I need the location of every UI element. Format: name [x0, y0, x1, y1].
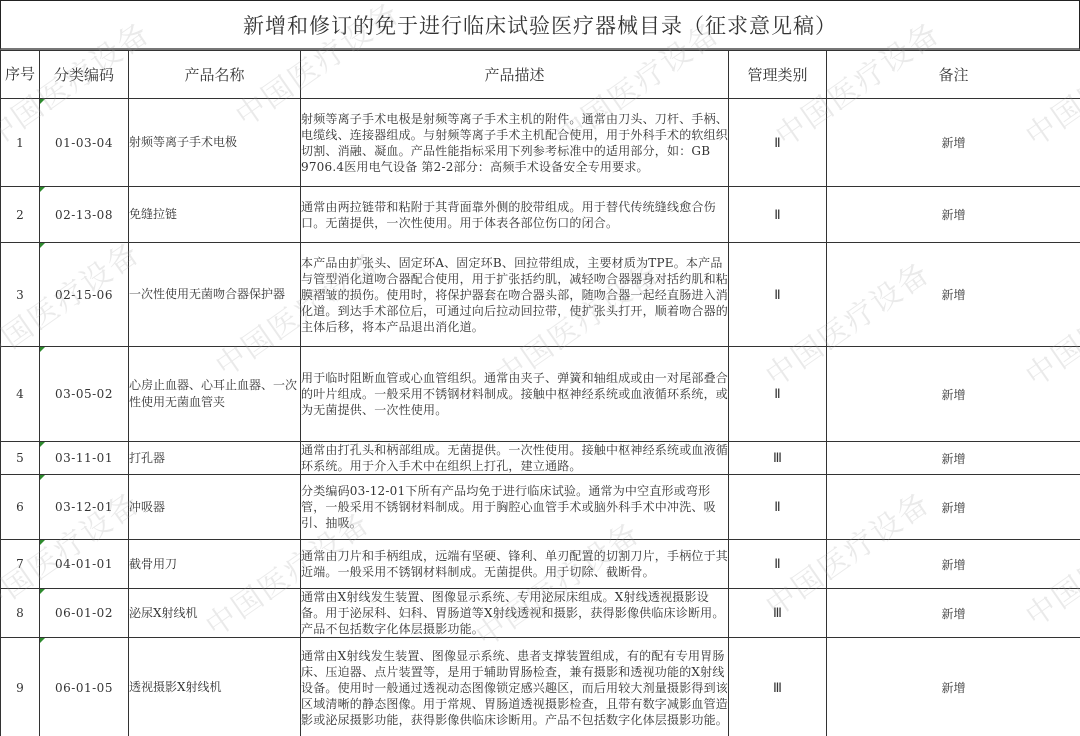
cell-index[interactable]: 1	[1, 99, 40, 187]
cell-index[interactable]: 9	[1, 638, 40, 736]
cell-description[interactable]: 本产品由扩张头、固定环A、固定环B、回拉带组成，主要材质为TPE。本产品与管型消…	[301, 243, 729, 347]
cell-description[interactable]: 射频等离子手术电极是射频等离子手术主机的附件。通常由刀头、刀杆、手柄、电缆线、连…	[301, 99, 729, 187]
column-header-code[interactable]: 分类编码	[40, 51, 129, 99]
cell-remark[interactable]: 新增	[827, 475, 1080, 540]
cell-class[interactable]: Ⅱ	[729, 99, 827, 187]
table-row: 8 06-01-02 泌尿X射线机 通常由X射线发生装置、图像显示系统、专用泌尿…	[1, 589, 1080, 638]
cell-description[interactable]: 通常由打孔头和柄部组成。无菌提供。一次性使用。接触中枢神经系统或血液循环系统。用…	[301, 442, 729, 475]
cell-description[interactable]: 分类编码03-12-01下所有产品均免于进行临床试验。通常为中空直形或弯形管，一…	[301, 475, 729, 540]
cell-class[interactable]: Ⅲ	[729, 442, 827, 475]
cell-code[interactable]: 02-13-08	[40, 187, 129, 243]
column-header-name[interactable]: 产品名称	[129, 51, 301, 99]
table-row: 3 02-15-06 一次性使用无菌吻合器保护器 本产品由扩张头、固定环A、固定…	[1, 243, 1080, 347]
cell-index[interactable]: 5	[1, 442, 40, 475]
cell-code[interactable]: 04-01-01	[40, 540, 129, 589]
cell-code[interactable]: 03-11-01	[40, 442, 129, 475]
catalog-table: 序号 分类编码 产品名称 产品描述 管理类别 备注 1 01-03-04 射频等…	[0, 50, 1080, 736]
cell-code[interactable]: 06-01-05	[40, 638, 129, 736]
cell-description[interactable]: 通常由刀片和手柄组成，远端有坚硬、锋利、单刃配置的切割刀片，手柄位于其近端。一般…	[301, 540, 729, 589]
table-row: 4 03-05-02 心房止血器、心耳止血器、一次性使用无菌血管夹 用于临时阻断…	[1, 347, 1080, 442]
cell-index[interactable]: 4	[1, 347, 40, 442]
cell-name[interactable]: 射频等离子手术电极	[129, 99, 301, 187]
cell-code[interactable]: 02-15-06	[40, 243, 129, 347]
cell-class[interactable]: Ⅲ	[729, 589, 827, 638]
cell-code[interactable]: 03-12-01	[40, 475, 129, 540]
cell-class[interactable]: Ⅱ	[729, 187, 827, 243]
column-header-index[interactable]: 序号	[1, 51, 40, 99]
table-row: 6 03-12-01 冲吸器 分类编码03-12-01下所有产品均免于进行临床试…	[1, 475, 1080, 540]
table-row: 5 03-11-01 打孔器 通常由打孔头和柄部组成。无菌提供。一次性使用。接触…	[1, 442, 1080, 475]
header-row: 序号 分类编码 产品名称 产品描述 管理类别 备注	[1, 51, 1080, 99]
cell-description[interactable]: 通常由X射线发生装置、图像显示系统、患者支撑装置组成，有的配有专用胃肠床、压迫器…	[301, 638, 729, 736]
cell-remark[interactable]: 新增	[827, 187, 1080, 243]
cell-index[interactable]: 2	[1, 187, 40, 243]
cell-name[interactable]: 心房止血器、心耳止血器、一次性使用无菌血管夹	[129, 347, 301, 442]
cell-remark[interactable]: 新增	[827, 347, 1080, 442]
cell-remark[interactable]: 新增	[827, 442, 1080, 475]
cell-remark[interactable]: 新增	[827, 589, 1080, 638]
cell-description[interactable]: 通常由X射线发生装置、图像显示系统、专用泌尿床组成。X射线透视摄影设备。用于泌尿…	[301, 589, 729, 638]
table-row: 2 02-13-08 免缝拉链 通常由两拉链带和粘附于其背面靠外侧的胶带组成。用…	[1, 187, 1080, 243]
cell-description[interactable]: 通常由两拉链带和粘附于其背面靠外侧的胶带组成。用于替代传统缝线愈合伤口。无菌提供…	[301, 187, 729, 243]
cell-index[interactable]: 3	[1, 243, 40, 347]
cell-name[interactable]: 泌尿X射线机	[129, 589, 301, 638]
spreadsheet: 新增和修订的免于进行临床试验医疗器械目录（征求意见稿） 序号 分类编码 产品名称…	[0, 0, 1080, 736]
column-header-class[interactable]: 管理类别	[729, 51, 827, 99]
table-row: 9 06-01-05 透视摄影X射线机 通常由X射线发生装置、图像显示系统、患者…	[1, 638, 1080, 736]
column-header-remark[interactable]: 备注	[827, 51, 1080, 99]
cell-code[interactable]: 06-01-02	[40, 589, 129, 638]
cell-remark[interactable]: 新增	[827, 638, 1080, 736]
cell-remark[interactable]: 新增	[827, 540, 1080, 589]
cell-name[interactable]: 截骨用刀	[129, 540, 301, 589]
cell-index[interactable]: 8	[1, 589, 40, 638]
cell-remark[interactable]: 新增	[827, 99, 1080, 187]
cell-remark[interactable]: 新增	[827, 243, 1080, 347]
cell-name[interactable]: 一次性使用无菌吻合器保护器	[129, 243, 301, 347]
table-row: 7 04-01-01 截骨用刀 通常由刀片和手柄组成，远端有坚硬、锋利、单刃配置…	[1, 540, 1080, 589]
cell-class[interactable]: Ⅲ	[729, 638, 827, 736]
cell-name[interactable]: 免缝拉链	[129, 187, 301, 243]
cell-index[interactable]: 6	[1, 475, 40, 540]
cell-name[interactable]: 打孔器	[129, 442, 301, 475]
table-row: 1 01-03-04 射频等离子手术电极 射频等离子手术电极是射频等离子手术主机…	[1, 99, 1080, 187]
cell-index[interactable]: 7	[1, 540, 40, 589]
cell-class[interactable]: Ⅱ	[729, 243, 827, 347]
cell-class[interactable]: Ⅱ	[729, 347, 827, 442]
cell-name[interactable]: 透视摄影X射线机	[129, 638, 301, 736]
cell-description[interactable]: 用于临时阻断血管或心血管组织。通常由夹子、弹簧和轴组成或由一对尾部叠合的叶片组成…	[301, 347, 729, 442]
column-header-description[interactable]: 产品描述	[301, 51, 729, 99]
document-title: 新增和修订的免于进行临床试验医疗器械目录（征求意见稿）	[0, 0, 1080, 50]
cell-code[interactable]: 03-05-02	[40, 347, 129, 442]
cell-class[interactable]: Ⅱ	[729, 540, 827, 589]
cell-name[interactable]: 冲吸器	[129, 475, 301, 540]
cell-code[interactable]: 01-03-04	[40, 99, 129, 187]
cell-class[interactable]: Ⅱ	[729, 475, 827, 540]
